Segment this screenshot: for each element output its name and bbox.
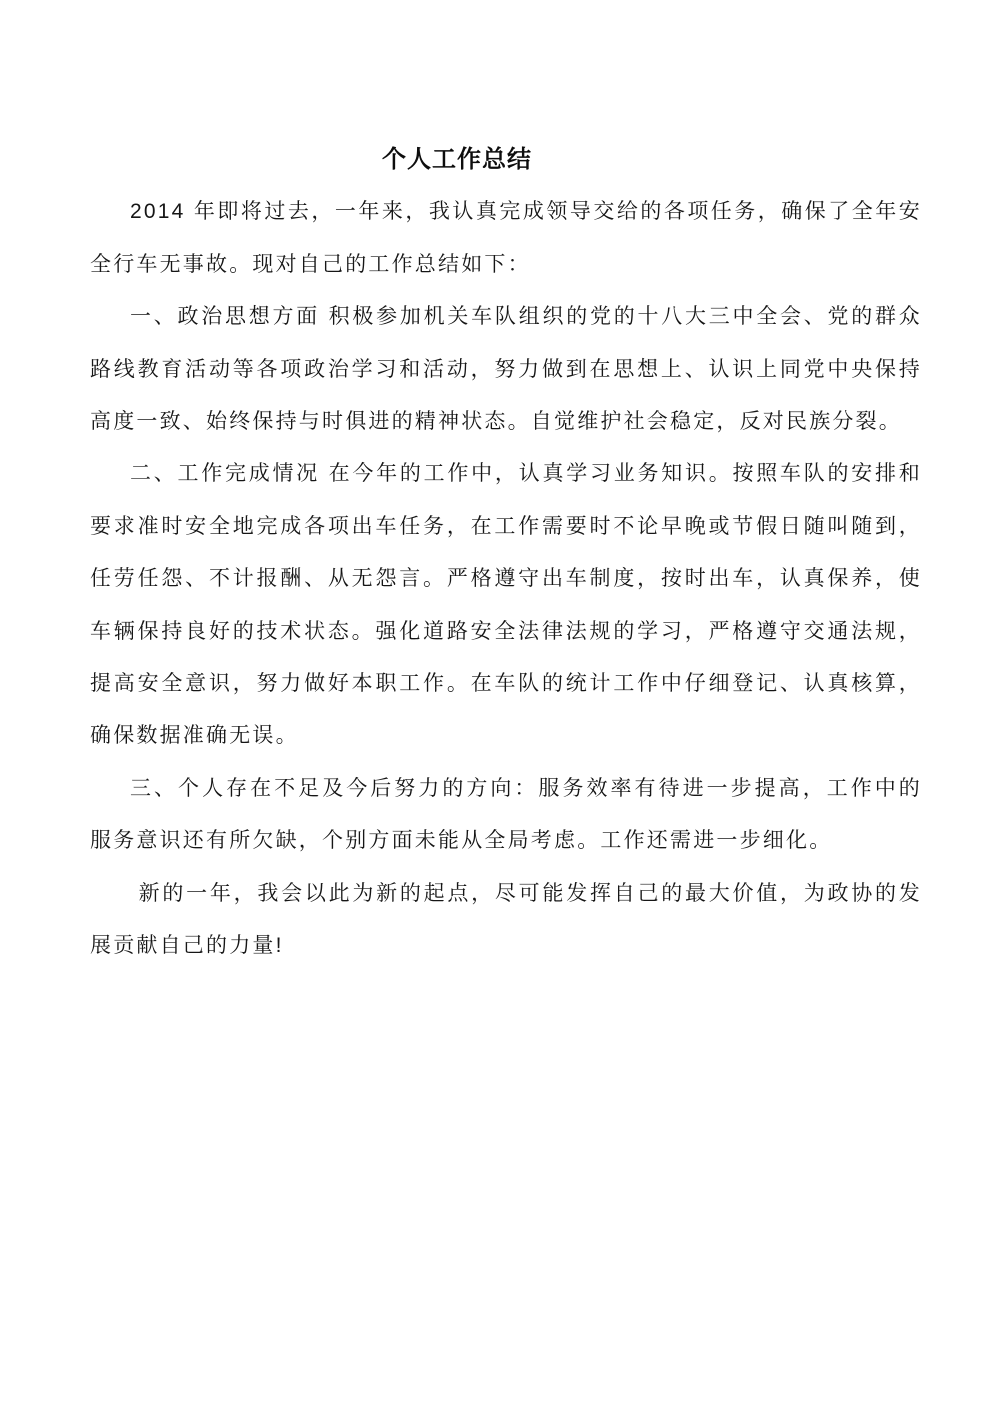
document-title: 个人工作总结 <box>41 134 873 186</box>
text-line: 确保数据准确无误。 <box>90 710 922 762</box>
text-line: 车辆保持良好的技术状态。强化道路安全法律法规的学习，严格遵守交通法规， <box>90 606 922 658</box>
document-page: 个人工作总结 2014 年即将过去，一年来，我认真完成领导交给的各项任务，确保了… <box>0 0 1000 1415</box>
text-line: 提高安全意识，努力做好本职工作。在车队的统计工作中仔细登记、认真核算， <box>90 658 922 710</box>
document-body: 个人工作总结 2014 年即将过去，一年来，我认真完成领导交给的各项任务，确保了… <box>90 134 922 973</box>
text-line: 新的一年，我会以此为新的起点，尽可能发挥自己的最大价值，为政协的发 <box>90 868 922 920</box>
paragraph: 一、政治思想方面 积极参加机关车队组织的党的十八大三中全会、党的群众路线教育活动… <box>90 291 922 448</box>
text-line: 一、政治思想方面 积极参加机关车队组织的党的十八大三中全会、党的群众 <box>90 291 922 343</box>
text-line: 三、个人存在不足及今后努力的方向：服务效率有待进一步提高，工作中的 <box>90 763 922 815</box>
text-line: 2014 年即将过去，一年来，我认真完成领导交给的各项任务，确保了全年安 <box>90 186 922 238</box>
text-line: 任劳任怨、不计报酬、从无怨言。严格遵守出车制度，按时出车，认真保养，使 <box>90 553 922 605</box>
text-line: 要求准时安全地完成各项出车任务，在工作需要时不论早晚或节假日随叫随到， <box>90 501 922 553</box>
text-line: 二、工作完成情况 在今年的工作中，认真学习业务知识。按照车队的安排和 <box>90 448 922 500</box>
paragraph: 三、个人存在不足及今后努力的方向：服务效率有待进一步提高，工作中的服务意识还有所… <box>90 763 922 868</box>
paragraphs-container: 2014 年即将过去，一年来，我认真完成领导交给的各项任务，确保了全年安全行车无… <box>90 186 922 972</box>
text-line: 全行车无事故。现对自己的工作总结如下： <box>90 239 922 291</box>
paragraph: 新的一年，我会以此为新的起点，尽可能发挥自己的最大价值，为政协的发展贡献自己的力… <box>90 868 922 973</box>
text-line: 展贡献自己的力量! <box>90 920 922 972</box>
text-line: 高度一致、始终保持与时俱进的精神状态。自觉维护社会稳定，反对民族分裂。 <box>90 396 922 448</box>
paragraph: 2014 年即将过去，一年来，我认真完成领导交给的各项任务，确保了全年安全行车无… <box>90 186 922 291</box>
text-line: 路线教育活动等各项政治学习和活动，努力做到在思想上、认识上同党中央保持 <box>90 344 922 396</box>
text-line: 服务意识还有所欠缺，个别方面未能从全局考虑。工作还需进一步细化。 <box>90 815 922 867</box>
paragraph: 二、工作完成情况 在今年的工作中，认真学习业务知识。按照车队的安排和要求准时安全… <box>90 448 922 762</box>
